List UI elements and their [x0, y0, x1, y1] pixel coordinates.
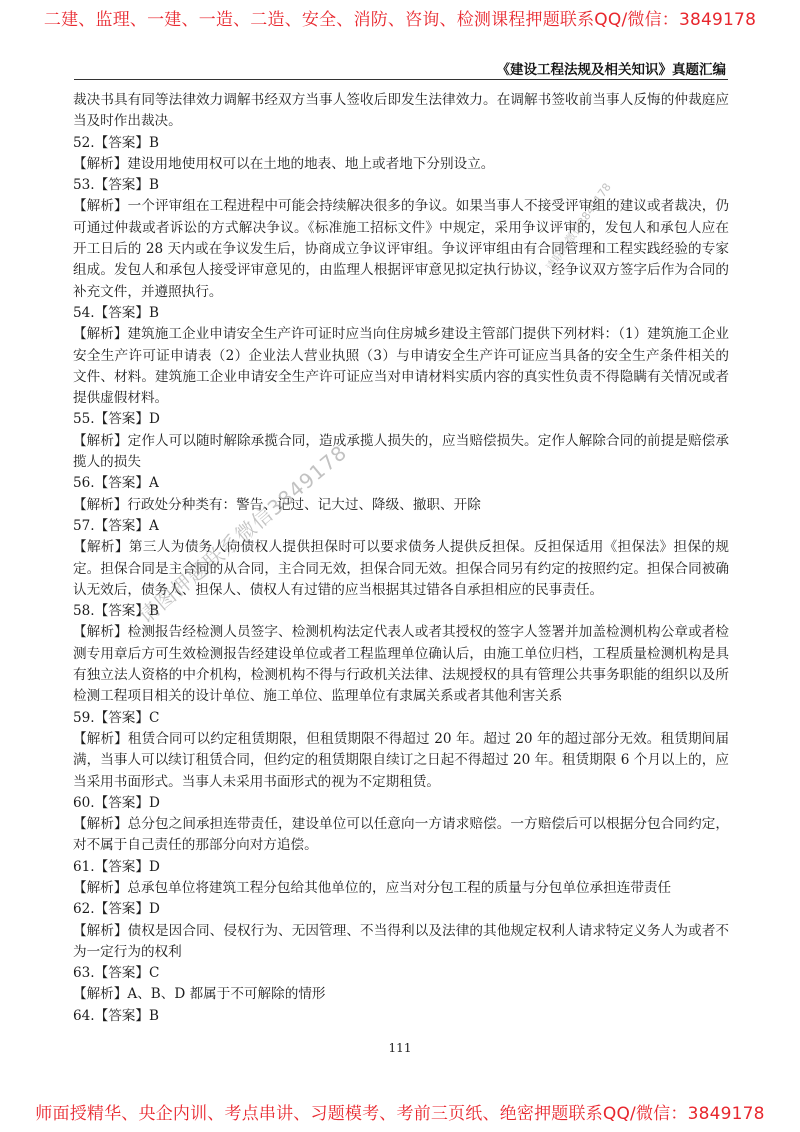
document-body: 裁决书具有同等法律效力调解书经双方当事人签收后即发生法律效力。在调解书签收前当事…	[73, 90, 729, 1027]
answer-60: 60.【答案】D	[73, 793, 729, 814]
answer-57: 57.【答案】A	[73, 516, 729, 537]
analysis-62: 【解析】债权是因合同、侵权行为、无因管理、不当得利以及法律的其他规定权利人请求特…	[73, 921, 729, 964]
analysis-60: 【解析】总分包之间承担连带责任，建设单位可以任意向一方请求赔偿。一方赔偿后可以根…	[73, 814, 729, 857]
analysis-52: 【解析】建设用地使用权可以在土地的地表、地上或者地下分别设立。	[73, 154, 729, 175]
answer-52: 52.【答案】B	[73, 133, 729, 154]
header-divider	[74, 79, 728, 80]
analysis-59: 【解析】租赁合同可以约定租赁期限，但租赁期限不得超过 20 年。超过 20 年的…	[73, 729, 729, 793]
answer-64: 64.【答案】B	[73, 1006, 729, 1027]
analysis-61: 【解析】总承包单位将建筑工程分包给其他单位的，应当对分包工程的质量与分包单位承担…	[73, 878, 729, 899]
analysis-53: 【解析】一个评审组在工程进程中可能会持续解决很多的争议。如果当事人不接受评审组的…	[73, 196, 729, 302]
top-promo-banner: 二建、监理、一建、一造、二造、安全、消防、咨询、检测课程押题联系QQ/微信：38…	[0, 5, 800, 30]
answer-55: 55.【答案】D	[73, 409, 729, 430]
analysis-58: 【解析】检测报告经检测人员签字、检测机构法定代表人或者其授权的签字人签署并加盖检…	[73, 622, 729, 707]
answer-53: 53.【答案】B	[73, 175, 729, 196]
continuation-paragraph: 裁决书具有同等法律效力调解书经双方当事人签收后即发生法律效力。在调解书签收前当事…	[73, 90, 729, 133]
answer-62: 62.【答案】D	[73, 899, 729, 920]
analysis-55: 【解析】定作人可以随时解除承揽合同，造成承揽人损失的，应当赔偿损失。定作人解除合…	[73, 431, 729, 474]
running-header-title: 《建设工程法规及相关知识》真题汇编	[497, 58, 727, 78]
answer-63: 63.【答案】C	[73, 963, 729, 984]
answer-54: 54.【答案】B	[73, 303, 729, 324]
bottom-promo-banner: 师面授精华、央企内训、考点串讲、习题模考、考前三页纸、绝密押题联系QQ/微信：3…	[0, 1099, 800, 1124]
analysis-56: 【解析】行政处分种类有：警告、记过、记大过、降级、撤职、开除	[73, 495, 729, 516]
answer-56: 56.【答案】A	[73, 473, 729, 494]
answer-61: 61.【答案】D	[73, 857, 729, 878]
answer-58: 58.【答案】B	[73, 601, 729, 622]
page-number: 111	[0, 1041, 800, 1055]
answer-59: 59.【答案】C	[73, 708, 729, 729]
analysis-57: 【解析】第三人为债务人向债权人提供担保时可以要求债务人提供反担保。反担保适用《担…	[73, 537, 729, 601]
analysis-63: 【解析】A、B、D 都属于不可解除的情形	[73, 984, 729, 1005]
analysis-54: 【解析】建筑施工企业申请安全生产许可证时应当向住房城乡建设主管部门提供下列材料：…	[73, 324, 729, 409]
